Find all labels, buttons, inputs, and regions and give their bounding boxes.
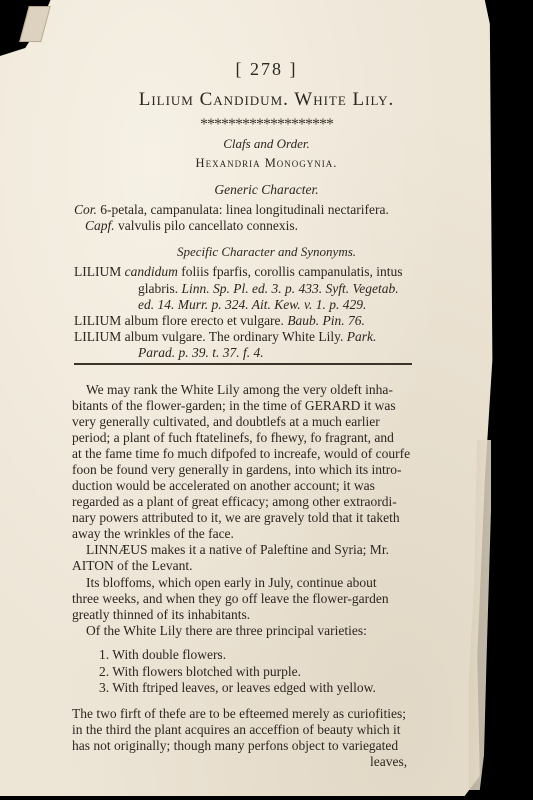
variety-item: 1. With double flowers.	[99, 647, 226, 662]
body-line: Its bloffoms, which open early in July, …	[86, 575, 377, 590]
body-line: duction would be accelerated on another …	[72, 478, 375, 493]
synonym-line: Parad. p. 39. t. 37. f. 4.	[138, 345, 264, 360]
variety-item: 2. With flowers blotched with purple.	[99, 664, 301, 679]
catchword: leaves,	[370, 754, 407, 769]
body-line: greatly thinned of its inhabitants.	[72, 607, 250, 622]
specific-character-heading: Specific Character and Synonyms.	[0, 244, 533, 259]
generic-line-2: Capf. valvulis pilo cancellato connexis.	[85, 218, 298, 233]
body-line: AITON of the Levant.	[72, 558, 192, 573]
synonym-line: LILIUM album vulgare. The ordinary White…	[74, 329, 376, 344]
body-line: We may rank the White Lily among the ver…	[86, 382, 393, 397]
page-title: Lilium Candidum. White Lily.	[0, 92, 533, 107]
body-line: three weeks, and when they go off leave …	[72, 591, 389, 606]
variety-item: 3. With ftriped leaves, or leaves edged …	[99, 680, 376, 695]
body-line: The two firft of thefe are to be efteeme…	[72, 706, 406, 721]
synonym-line: glabris. Linn. Sp. Pl. ed. 3. p. 433. Sy…	[138, 281, 399, 296]
body-line: Of the White Lily there are three princi…	[86, 623, 367, 638]
body-line: period; a plant of fuch ftatelinefs, fo …	[72, 430, 394, 445]
body-line: at the fame time fo much difpofed to inc…	[72, 446, 410, 461]
body-line: has not originally; though many perfons …	[72, 738, 398, 753]
generic-character-heading: Generic Character.	[0, 182, 533, 197]
class-order-value: Hexandria Monogynia.	[0, 156, 533, 171]
synonym-line: LILIUM album flore erecto et vulgare. Ba…	[74, 313, 365, 328]
body-line: bitants of the flower-garden; in the tim…	[72, 398, 396, 413]
generic-line-1: Cor. 6-petala, campanulata: linea longit…	[74, 202, 414, 217]
body-line: away the wrinkles of the face.	[72, 526, 234, 541]
body-line: regarded as a plant of great efficacy; a…	[72, 494, 397, 509]
body-line: in the third the plant acquires an accef…	[72, 722, 401, 737]
synonym-line: ed. 14. Murr. p. 324. Ait. Kew. v. 1. p.…	[138, 297, 366, 312]
ornament-divider: *******************	[0, 117, 533, 132]
class-order-heading: Clafs and Order.	[0, 136, 533, 151]
page-number: [ 278 ]	[0, 62, 533, 77]
section-rule	[74, 363, 412, 365]
synonym-line: LILIUM candidum foliis fparfis, corollis…	[74, 264, 402, 279]
body-line: very generally cultivated, and doubtlefs…	[72, 414, 380, 429]
body-line: LINNÆUS makes it a native of Paleftine a…	[86, 542, 389, 557]
body-line: nary powers attributed to it, we are gra…	[72, 510, 400, 525]
body-line: foon be found very generally in gardens,…	[72, 462, 402, 477]
